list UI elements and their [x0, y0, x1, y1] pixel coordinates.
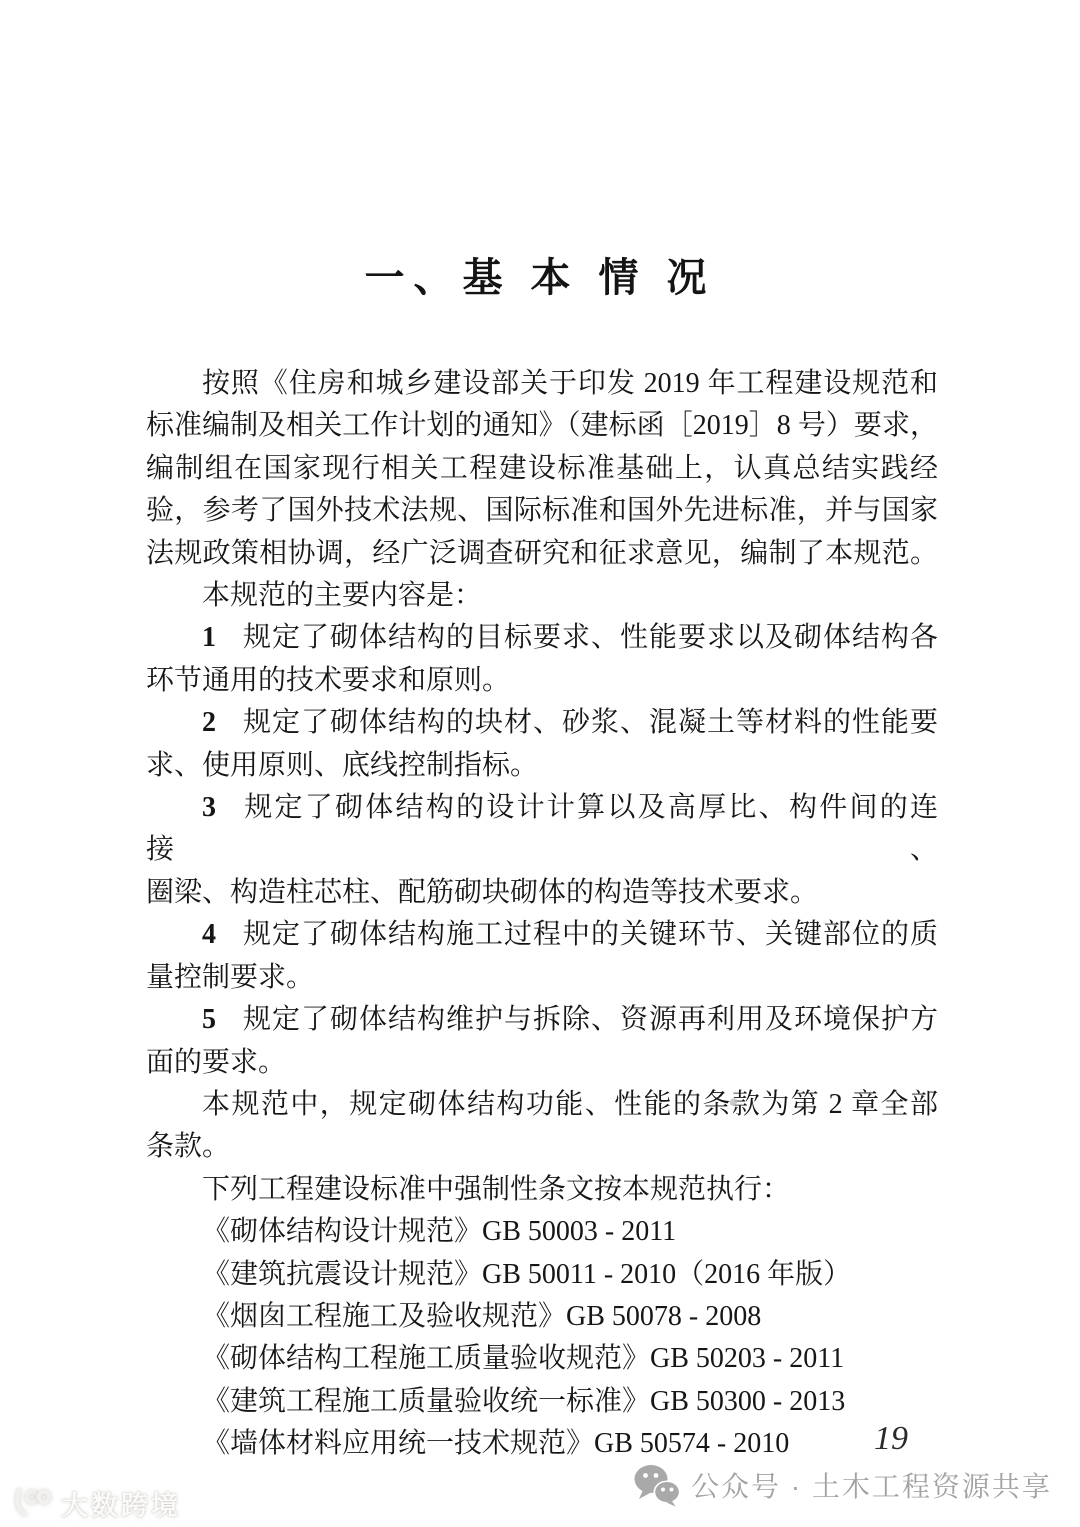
- numbered-item-line: 4规定了砌体结构施工过程中的关键环节、关键部位的质: [146, 914, 938, 956]
- item-text: 规定了砌体结构维护与拆除、资源再利用及环境保护方: [242, 1004, 938, 1035]
- dashu-watermark: 大数跨境: [12, 1483, 181, 1523]
- numbered-item-line: 5规定了砌体结构维护与拆除、资源再利用及环境保护方: [146, 999, 938, 1041]
- document-body: 按照《住房和城乡建设部关于印发 2019 年工程建设规范和 标准编制及相关工作计…: [146, 363, 938, 1466]
- body-line: 量控制要求。: [146, 957, 938, 999]
- body-line: 圈梁、构造柱芯柱、配筋砌块砌体的构造等技术要求。: [146, 872, 938, 914]
- body-line: 标准编制及相关工作计划的通知》（建标函［2019］8 号）要求，: [146, 405, 938, 447]
- body-line: 环节通用的技术要求和原则。: [146, 660, 938, 702]
- standard-reference-line: 《建筑抗震设计规范》GB 50011 - 2010（2016 年版）: [146, 1254, 938, 1296]
- standard-reference-line: 《烟囱工程施工及验收规范》GB 50078 - 2008: [146, 1296, 938, 1338]
- numbered-item-line: 2规定了砌体结构的块材、砂浆、混凝土等材料的性能要: [146, 702, 938, 744]
- body-line: 下列工程建设标准中强制性条文按本规范执行：: [146, 1169, 938, 1211]
- body-line: 按照《住房和城乡建设部关于印发 2019 年工程建设规范和: [146, 363, 938, 405]
- document-page: 一、基 本 情 况 按照《住房和城乡建设部关于印发 2019 年工程建设规范和 …: [0, 0, 1080, 1527]
- body-line: 编制组在国家现行相关工程建设标准基础上，认真总结实践经: [146, 448, 938, 490]
- dashu-logo-icon: [12, 1486, 54, 1520]
- body-line: 验，参考了国外技术法规、国际标准和国外先进标准，并与国家: [146, 490, 938, 532]
- body-line: 法规政策相协调，经广泛调查研究和征求意见，编制了本规范。: [146, 533, 938, 575]
- item-text: 规定了砌体结构的块材、砂浆、混凝土等材料的性能要: [242, 707, 938, 738]
- item-number: 1: [202, 622, 216, 653]
- body-line: 条款。: [146, 1126, 938, 1168]
- standard-reference-line: 《砌体结构工程施工质量验收规范》GB 50203 - 2011: [146, 1338, 938, 1380]
- standard-reference-line: 《墙体材料应用统一技术规范》GB 50574 - 2010: [146, 1423, 938, 1465]
- body-line: 本规范中，规定砌体结构功能、性能的条款为第 2 章全部: [146, 1084, 938, 1126]
- item-number: 5: [202, 1004, 216, 1035]
- body-line: 面的要求。: [146, 1042, 938, 1084]
- page-number: 19: [874, 1420, 908, 1458]
- body-line: 求、使用原则、底线控制指标。: [146, 745, 938, 787]
- item-text: 规定了砌体结构的目标要求、性能要求以及砌体结构各: [242, 622, 938, 653]
- page-title: 一、基 本 情 况: [0, 246, 1080, 303]
- item-text: 规定了砌体结构的设计计算以及高厚比、构件间的连接、: [146, 792, 938, 865]
- item-text: 规定了砌体结构施工过程中的关键环节、关键部位的质: [242, 919, 938, 950]
- dashu-watermark-label: 大数跨境: [61, 1484, 181, 1523]
- item-number: 3: [202, 792, 216, 823]
- wechat-watermark-label: 公众号 · 土木工程资源共享: [691, 1465, 1052, 1505]
- standard-reference-line: 《建筑工程施工质量验收统一标准》GB 50300 - 2013: [146, 1381, 938, 1423]
- standard-reference-line: 《砌体结构设计规范》GB 50003 - 2011: [146, 1211, 938, 1253]
- wechat-watermark: 公众号 · 土木工程资源共享: [633, 1462, 1052, 1508]
- body-line: 本规范的主要内容是：: [146, 575, 938, 617]
- numbered-item-line: 3规定了砌体结构的设计计算以及高厚比、构件间的连接、: [146, 787, 938, 872]
- item-number: 4: [202, 919, 216, 950]
- numbered-item-line: 1规定了砌体结构的目标要求、性能要求以及砌体结构各: [146, 617, 938, 659]
- item-number: 2: [202, 707, 216, 738]
- wechat-icon: [633, 1463, 681, 1507]
